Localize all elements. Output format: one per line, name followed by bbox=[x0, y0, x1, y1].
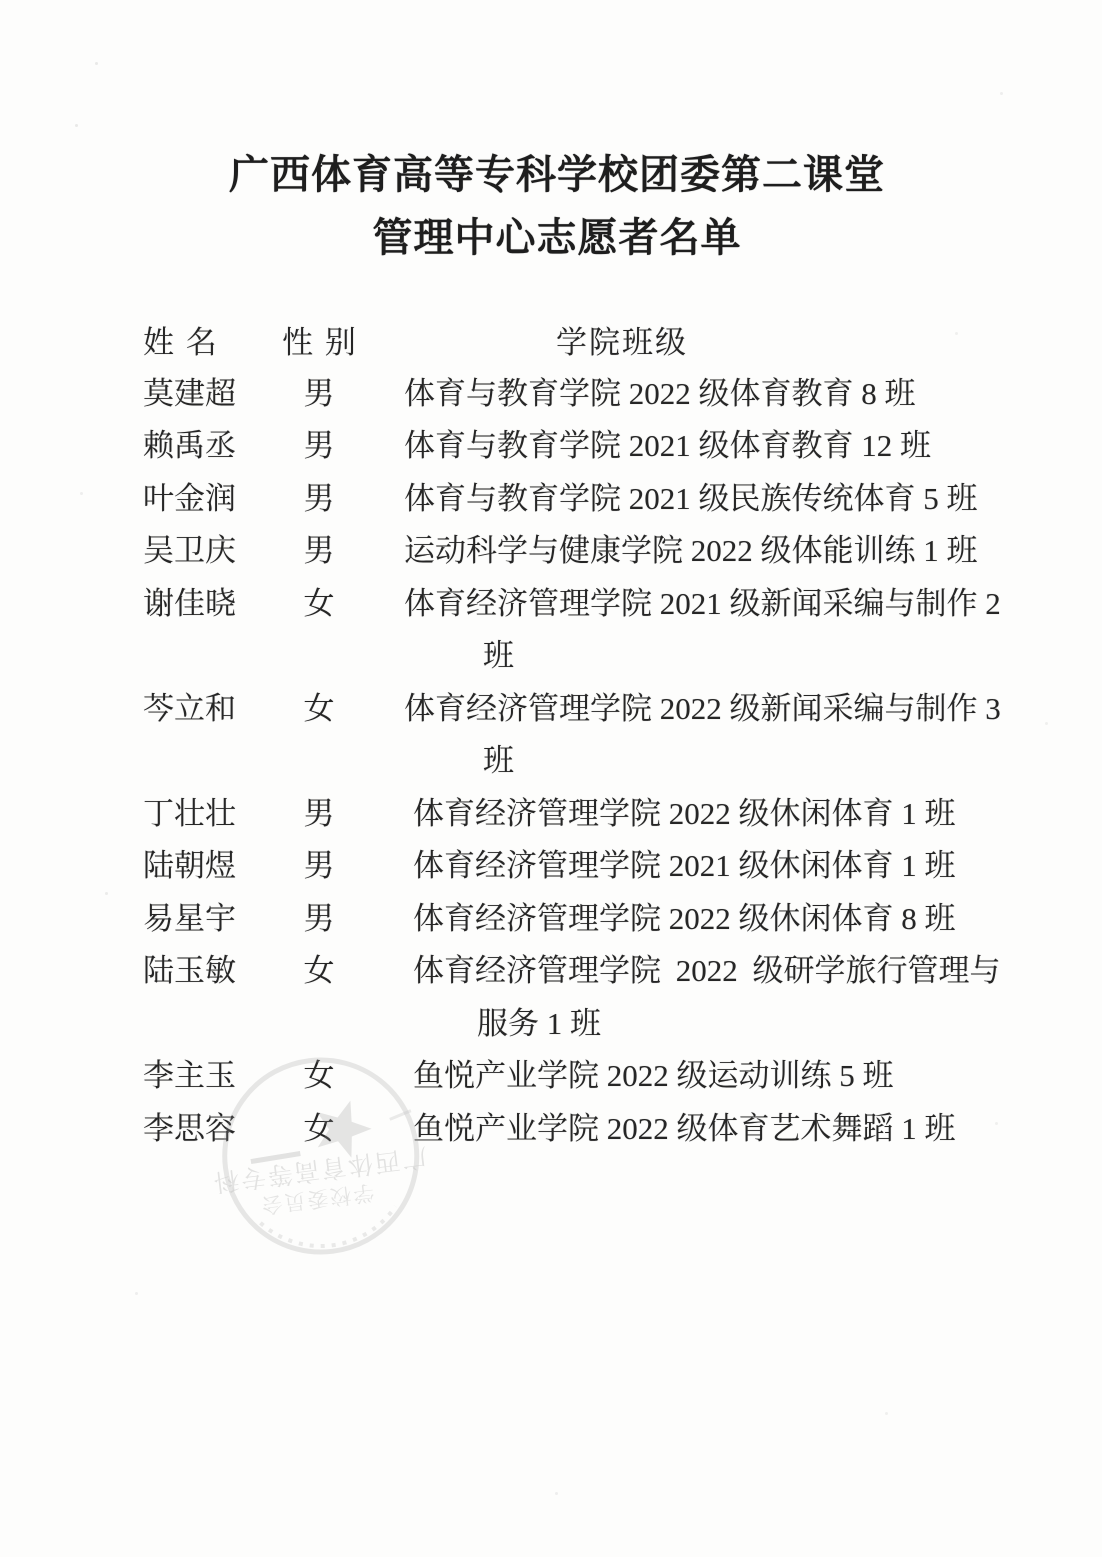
doc-title-line-1: 广西体育高等专科学校团委第二课堂 bbox=[6, 143, 1102, 200]
gender-cell: 男 bbox=[288, 534, 350, 568]
name-cell: 芩立和 bbox=[143, 692, 236, 726]
class-cell: 体育经济管理学院 2022 级休闲体育 8 班 bbox=[413, 902, 956, 936]
gender-cell: 男 bbox=[288, 849, 350, 883]
table-header-row: 姓 名 性 别 学院班级 bbox=[0, 326, 1102, 366]
name-cell: 陆玉敏 bbox=[143, 954, 236, 988]
name-cell: 莫建超 bbox=[143, 377, 236, 411]
class-cell: 体育与教育学院 2021 级民族传统体育 5 班 bbox=[404, 482, 978, 516]
class-continuation-line: 服务 1 班 bbox=[0, 1007, 1102, 1047]
gender-cell: 男 bbox=[288, 902, 350, 936]
class-cell: 鱼悦产业学院 2022 级体育艺术舞蹈 1 班 bbox=[413, 1112, 956, 1146]
class-cell: 体育经济管理学院 2022 级休闲体育 1 班 bbox=[413, 797, 956, 831]
table-row: 莫建超 男 体育与教育学院 2022 级体育教育 8 班 bbox=[0, 377, 1102, 417]
official-seal-stamp: 广西体育高等专科 学校委员会 bbox=[211, 1052, 431, 1267]
class-continuation: 服务 1 班 bbox=[477, 1007, 601, 1041]
class-cell: 体育经济管理学院 2022 级新闻采编与制作 3 bbox=[404, 692, 1001, 726]
class-cell: 体育与教育学院 2021 级体育教育 12 班 bbox=[404, 429, 931, 463]
scan-speckles bbox=[95, 62, 98, 65]
table-row: 丁壮壮 男 体育经济管理学院 2022 级休闲体育 1 班 bbox=[0, 797, 1102, 837]
gender-cell: 女 bbox=[288, 587, 350, 621]
name-cell: 叶金润 bbox=[143, 482, 236, 516]
class-cell: 体育经济管理学院 2021 级新闻采编与制作 2 bbox=[404, 587, 1001, 621]
table-row: 易星宇 男 体育经济管理学院 2022 级休闲体育 8 班 bbox=[0, 902, 1102, 942]
name-cell: 易星宇 bbox=[143, 902, 236, 936]
header-class: 学院班级 bbox=[556, 326, 688, 360]
name-cell: 丁壮壮 bbox=[143, 797, 236, 831]
table-row: 谢佳晓 女 体育经济管理学院 2021 级新闻采编与制作 2 bbox=[0, 587, 1102, 627]
name-cell: 吴卫庆 bbox=[143, 534, 236, 568]
table-row: 李思容 女 鱼悦产业学院 2022 级体育艺术舞蹈 1 班 bbox=[0, 1112, 1102, 1152]
document-page: 广西体育高等专科学校团委第二课堂 管理中心志愿者名单 姓 名 性 别 学院班级 … bbox=[0, 0, 1102, 1557]
table-row: 李主玉 女 鱼悦产业学院 2022 级运动训练 5 班 bbox=[0, 1059, 1102, 1099]
class-cell: 运动科学与健康学院 2022 级体能训练 1 班 bbox=[404, 534, 978, 568]
class-continuation-line: 班 bbox=[0, 639, 1102, 679]
table-row: 叶金润 男 体育与教育学院 2021 级民族传统体育 5 班 bbox=[0, 482, 1102, 522]
table-row: 吴卫庆 男 运动科学与健康学院 2022 级体能训练 1 班 bbox=[0, 534, 1102, 574]
gender-cell: 男 bbox=[288, 797, 350, 831]
class-cell: 体育经济管理学院 2022 级研学旅行管理与 bbox=[413, 954, 1001, 988]
gender-cell: 男 bbox=[288, 377, 350, 411]
gender-cell: 女 bbox=[288, 692, 350, 726]
table-row: 赖禹丞 男 体育与教育学院 2021 级体育教育 12 班 bbox=[0, 429, 1102, 469]
class-cell: 体育经济管理学院 2021 级休闲体育 1 班 bbox=[413, 849, 956, 883]
table-row: 陆玉敏 女 体育经济管理学院 2022 级研学旅行管理与 bbox=[0, 954, 1102, 994]
header-gender: 性 别 bbox=[278, 326, 362, 360]
name-cell: 陆朝煜 bbox=[143, 849, 236, 883]
doc-title-line-2: 管理中心志愿者名单 bbox=[6, 206, 1102, 263]
table-row: 陆朝煜 男 体育经济管理学院 2021 级休闲体育 1 班 bbox=[0, 849, 1102, 889]
gender-cell: 女 bbox=[288, 954, 350, 988]
header-name: 姓 名 bbox=[143, 326, 219, 360]
class-continuation: 班 bbox=[483, 639, 514, 673]
gender-cell: 男 bbox=[288, 482, 350, 516]
name-cell: 谢佳晓 bbox=[143, 587, 236, 621]
class-continuation: 班 bbox=[483, 744, 514, 778]
class-cell: 鱼悦产业学院 2022 级运动训练 5 班 bbox=[413, 1059, 894, 1093]
class-cell: 体育与教育学院 2022 级体育教育 8 班 bbox=[404, 377, 916, 411]
name-cell: 赖禹丞 bbox=[143, 429, 236, 463]
table-row: 芩立和 女 体育经济管理学院 2022 级新闻采编与制作 3 bbox=[0, 692, 1102, 732]
gender-cell: 男 bbox=[288, 429, 350, 463]
class-continuation-line: 班 bbox=[0, 744, 1102, 784]
